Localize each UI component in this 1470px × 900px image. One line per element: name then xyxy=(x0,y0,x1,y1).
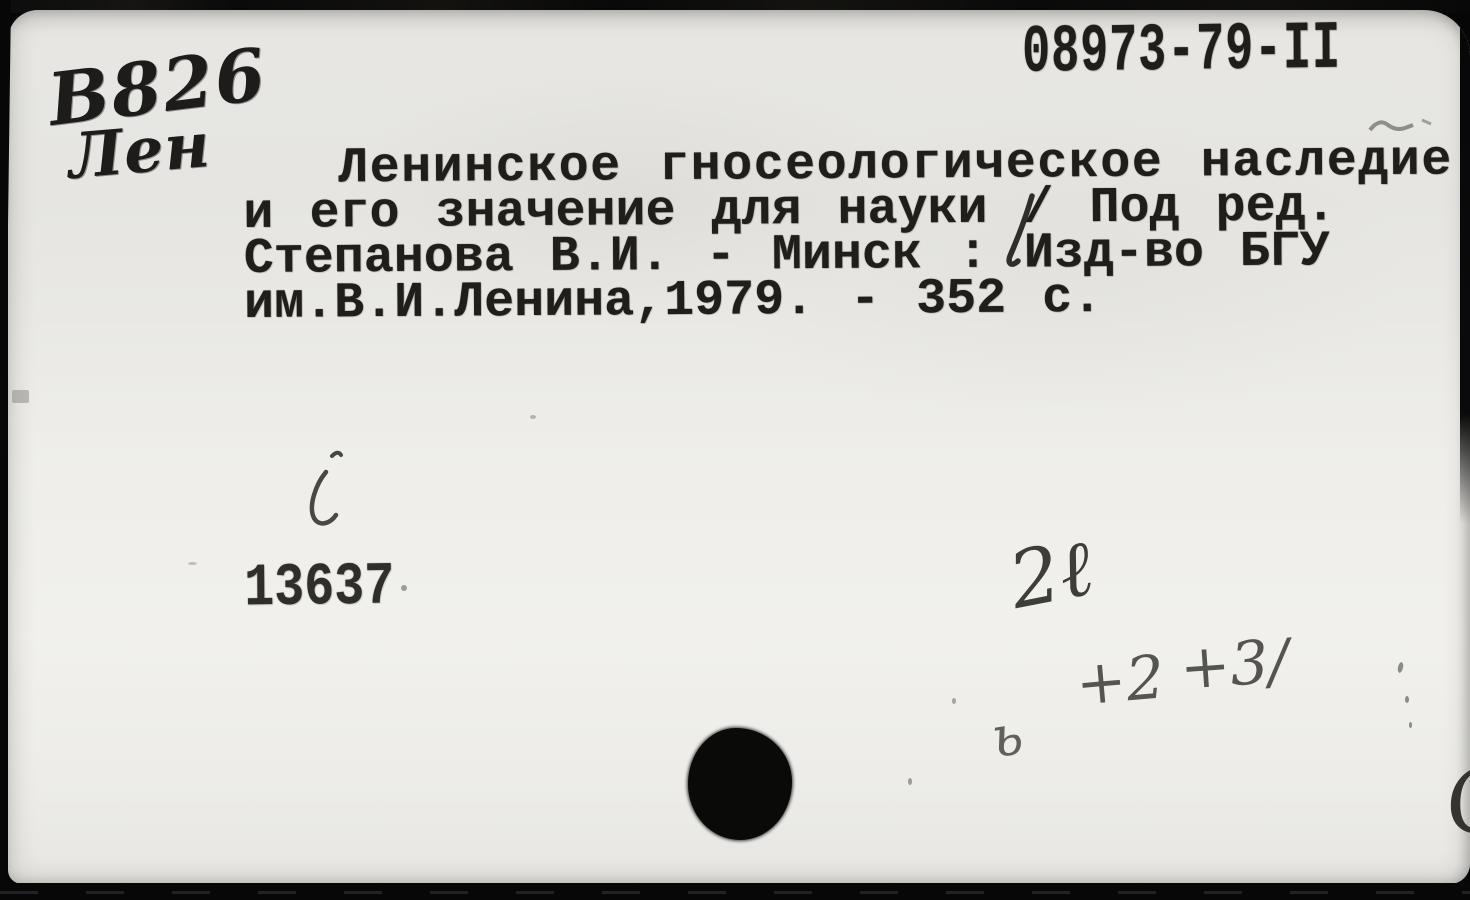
ink-speck xyxy=(1405,696,1409,703)
library-catalog-card: В826 Лен 08973-79-II Ленинское гносеолог… xyxy=(8,10,1470,884)
scan-edge-texture xyxy=(0,891,1470,894)
handwritten-mark-soft-sign: ь xyxy=(987,702,1027,771)
scan-background-bottom xyxy=(0,883,1470,900)
catalog-card-scan: В826 Лен 08973-79-II Ленинское гносеолог… xyxy=(0,0,1470,900)
accession-number: 13637 xyxy=(244,558,395,620)
handwritten-mark-plus3: +3/ xyxy=(1178,626,1291,703)
scan-artifact xyxy=(12,390,29,403)
ink-speck xyxy=(908,778,912,785)
ink-speck xyxy=(1397,662,1404,674)
ink-speck xyxy=(401,585,407,591)
bib-line-collation: им.В.И.Ленина,1979. - 352 с. xyxy=(244,273,1470,327)
ink-speck xyxy=(530,415,536,419)
handwritten-mark-right-edge: C xyxy=(1438,747,1470,857)
bibliographic-record: Ленинское гносеологическое наследие и ег… xyxy=(243,138,1470,327)
hole-punch xyxy=(688,728,792,840)
handwritten-mark-2l: 2ℓ xyxy=(1002,523,1100,627)
scan-edge-shadow xyxy=(1460,24,1470,524)
catalog-number: 08973-79-II xyxy=(1022,16,1341,88)
handwritten-mark-plus2: +2 xyxy=(1073,642,1167,719)
ink-speck xyxy=(1409,722,1412,728)
classmark-line2: Лен xyxy=(65,108,213,193)
handwritten-small-mark xyxy=(312,453,341,524)
ink-speck xyxy=(952,698,956,704)
ink-speck xyxy=(188,562,197,565)
